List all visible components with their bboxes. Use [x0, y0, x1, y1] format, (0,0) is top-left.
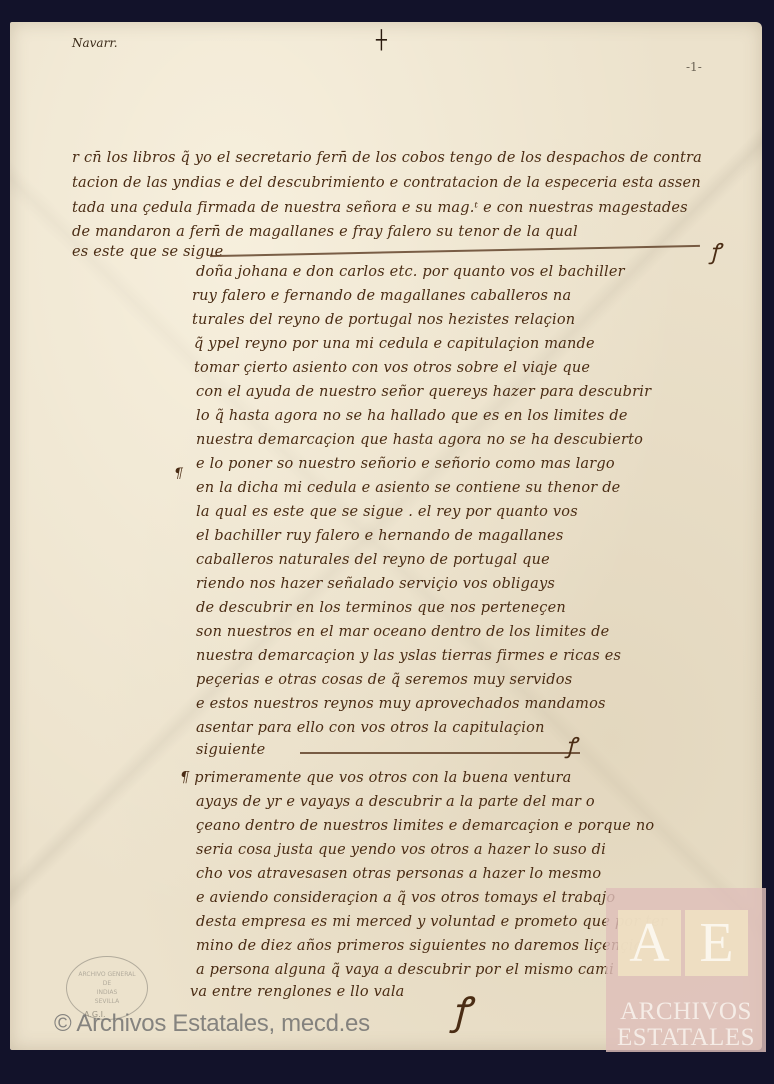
closing-note: va entre renglones e llo vala	[190, 984, 405, 1000]
header-line: r cn̄ los libros q̃ yo el secretario fer…	[72, 150, 712, 166]
body-line: q̃ ypel reyno por una mi cedula e capitu…	[194, 336, 595, 352]
body-line: a persona alguna q̃ vaya a descubrir por…	[196, 962, 614, 978]
body-line: e estos nuestros reynos muy aprovechados…	[196, 696, 606, 712]
header-line: es este que se sigue	[72, 244, 223, 260]
archivos-estatales-logo: A E ARCHIVOS ESTATALES	[606, 888, 766, 1052]
signature-rubric: ꝭ	[452, 984, 470, 1036]
body-line: seria cosa justa que yendo vos otros a h…	[196, 842, 606, 858]
body-line: la qual es este que se sigue . el rey po…	[196, 504, 578, 520]
paragraph-mark: ¶	[174, 466, 183, 482]
body-line: desta empresa es mi merced y voluntad e …	[196, 914, 667, 930]
body-line: nuestra demarcaçion y las yslas tierras …	[196, 648, 621, 664]
body-line: mino de diez años primeros siguientes no…	[196, 938, 642, 954]
margin-note-top-left: Navarr.	[72, 36, 118, 50]
header-line: tacion de las yndias e del descubrimient…	[72, 175, 701, 191]
body-line: ayays de yr e vayays a descubrir a la pa…	[196, 794, 595, 810]
stamp-text: DE	[103, 980, 111, 987]
body-line: ¶ primeramente que vos otros con la buen…	[180, 770, 571, 786]
body-line: cho vos atravesasen otras personas a haz…	[196, 866, 601, 882]
rubric-mark: ꝭ	[566, 730, 576, 760]
logo-letter: A	[618, 910, 681, 976]
rubric-mark: ꝭ	[710, 236, 720, 266]
body-line: son nuestros en el mar oceano dentro de …	[196, 624, 609, 640]
body-line: tomar çierto asiento con vos otros sobre…	[194, 360, 590, 376]
body-line: peçerias e otras cosas de q̃ seremos muy…	[196, 672, 572, 688]
body-line: nuestra demarcaçion que hasta agora no s…	[196, 432, 643, 448]
stamp-text: SEVILLA	[95, 998, 119, 1005]
body-line: e aviendo consideraçion a q̃ vos otros t…	[196, 890, 615, 906]
logo-text-line1: ARCHIVOS	[606, 998, 766, 1026]
body-line: doña johana e don carlos etc. por quanto…	[196, 264, 625, 280]
body-line: el bachiller ruy falero e hernando de ma…	[196, 528, 563, 544]
body-line: caballeros naturales del reyno de portug…	[196, 552, 550, 568]
line-filler-rule	[300, 752, 580, 754]
body-line: turales del reyno de portugal nos hezist…	[192, 312, 575, 328]
stamp-text: ARCHIVO GENERAL	[78, 971, 135, 978]
body-line: de descubrir en los terminos que nos per…	[196, 600, 566, 616]
body-line: çeano dentro de nuestros limites e demar…	[196, 818, 654, 834]
header-line: tada una çedula firmada de nuestra señor…	[72, 200, 688, 216]
body-line: riendo nos hazer señalado serviçio vos o…	[196, 576, 555, 592]
copyright-watermark: © Archivos Estatales, mecd.es	[54, 1010, 370, 1038]
stamp-text: INDIAS	[97, 989, 118, 996]
header-line: de mandaron a fern̄ de magallanes e fray…	[72, 224, 578, 240]
body-line: asentar para ello con vos otros la capit…	[196, 720, 545, 736]
logo-text-line2: ESTATALES	[606, 1024, 766, 1052]
body-line: lo q̃ hasta agora no se ha hallado que e…	[196, 408, 628, 424]
logo-letter: E	[685, 910, 748, 976]
body-line: con el ayuda de nuestro señor quereys ha…	[196, 384, 651, 400]
body-line: e lo poner so nuestro señorio e señorio …	[196, 456, 615, 472]
cross-mark-icon: ┼	[376, 30, 387, 51]
body-line: en la dicha mi cedula e asiento se conti…	[196, 480, 620, 496]
body-line: siguiente	[196, 742, 265, 758]
body-line: ruy falero e fernando de magallanes caba…	[192, 288, 571, 304]
folio-number: -1-	[686, 60, 702, 74]
